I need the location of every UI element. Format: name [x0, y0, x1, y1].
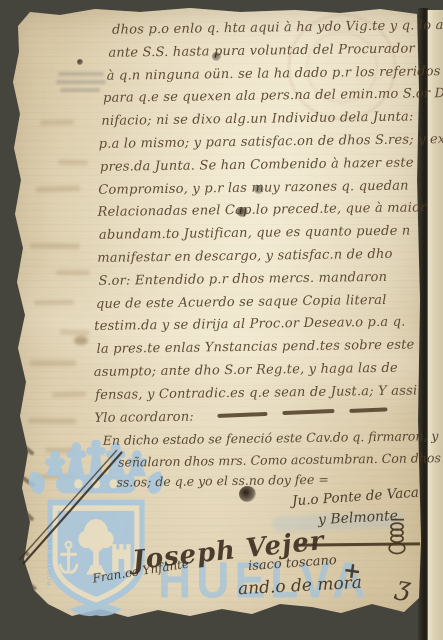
ink-blot: [254, 185, 264, 194]
manuscript-line: manifestar en descargo, y satisfac.n de …: [97, 248, 393, 266]
manuscript-line: la pres.te enlas Ynstancias pend.tes sob…: [96, 339, 414, 358]
closing-dash: [349, 407, 387, 412]
ink-blot: [237, 207, 248, 217]
manuscript-line: nifacio; ni se dixo alg.un Individuo del…: [101, 110, 413, 129]
manuscript-line: S.or: Entendido p.r dhos mercs. mandaron: [99, 271, 388, 289]
manuscript-line: que de este Acuerdo se saque Copia liter…: [96, 294, 387, 312]
signature-coil-flourish: [384, 515, 410, 559]
manuscript-line: Ylo acordaron:: [94, 411, 194, 427]
ink-blot: [77, 59, 83, 65]
manuscript-line: abundam.to Justifican, que es quanto pue…: [99, 225, 411, 244]
paper-stain: [74, 336, 88, 345]
closing-dash: [217, 412, 267, 418]
closing-line: En dicho estado se feneció este Cav.do q…: [103, 429, 439, 447]
handwriting-layer: dhos p.o enlo q. hta aqui à ha ydo Vig.t…: [0, 0, 443, 640]
manuscript-line: dhos p.o enlo q. hta aqui à ha ydo Vig.t…: [112, 19, 443, 38]
manuscript-line: testim.da y se dirija al Proc.or Deseav.…: [94, 316, 405, 335]
manuscript-line: à q.n ninguna oün. se la ha dado p.r los…: [107, 65, 441, 84]
manuscript-line: fensas, y Contradic.es q.e sean de Just.…: [95, 384, 417, 403]
closing-dash: [282, 409, 334, 415]
manuscript-line: Relacionadas enel Cap.lo preced.te, que …: [98, 201, 427, 220]
manuscript-line: para q.e se quexen ala pers.na del emin.…: [103, 87, 443, 107]
closing-line: señalaron dhos mrs. Como acostumbran. Co…: [118, 451, 441, 469]
manuscript-line: p.a lo mismo; y para satisfac.on de dhos…: [99, 133, 443, 152]
manuscript-line: ante S.S. hasta pura voluntad del Procur…: [108, 42, 415, 61]
manuscript-line: asumpto; ante dho S.or Reg.te, y haga la…: [94, 362, 398, 381]
closing-line: ss.os; de q.e yo el ss.no doy fee =: [116, 473, 329, 490]
document-scan: PORTUS MARIS HUELVA: [0, 0, 443, 640]
ink-blot: [212, 52, 221, 61]
manuscript-line: pres.da Junta. Se han Combenido à hazer …: [100, 156, 414, 175]
ink-blot: [239, 486, 256, 502]
signature-cross-mark: +: [341, 557, 363, 585]
